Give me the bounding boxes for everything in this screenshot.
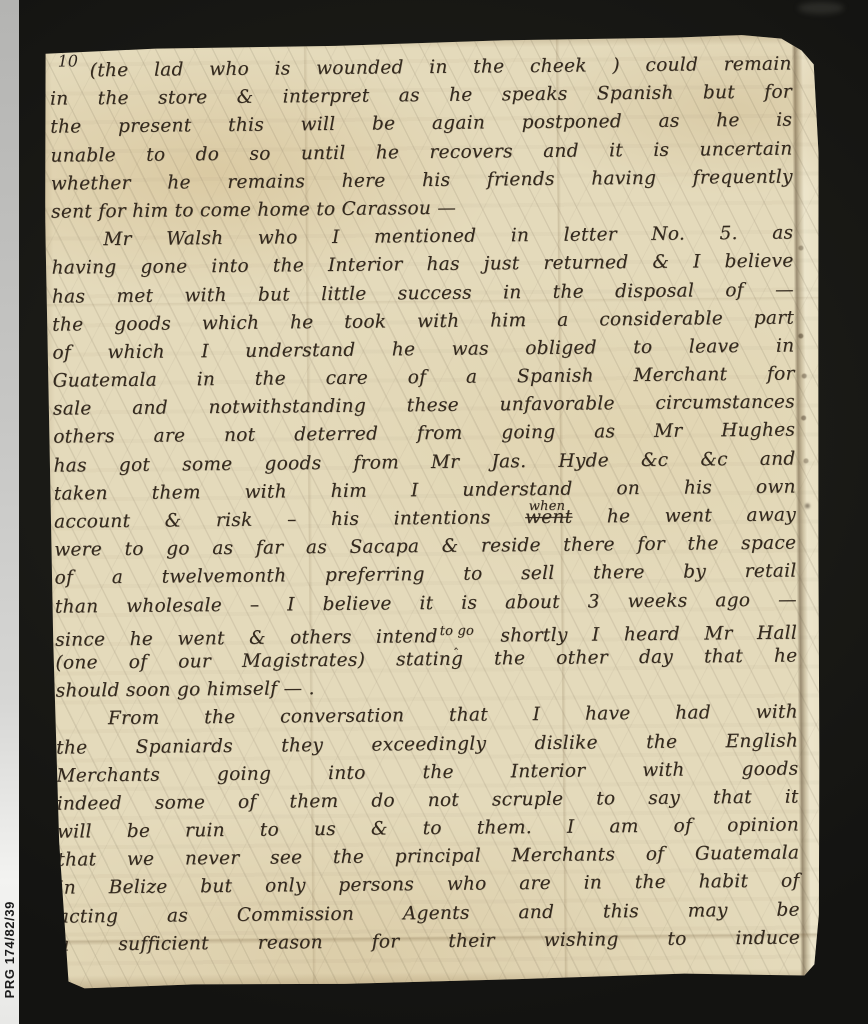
letter-body: (the lad who is wounded in the cheek ) c… (50, 51, 801, 960)
caret-mark: ‸ (454, 629, 459, 657)
archive-reference-number: PRG 174/82/39 (2, 901, 17, 998)
scanned-letter-photograph: PRG 174/82/39 10 (the lad who is wounded… (0, 0, 868, 1024)
archive-reference-strip: PRG 174/82/39 (0, 0, 19, 1024)
caret-insertion: to go‸ (438, 617, 477, 651)
background-smudge (798, 2, 844, 14)
letter-paper-sheet: 10 (the lad who is wounded in the cheek … (35, 34, 834, 990)
inserted-word: when (529, 493, 566, 522)
letter-line: a sufficient reason for their wishing to… (58, 924, 800, 959)
interlinear-insertion: whenwent (525, 504, 573, 533)
line-segment: account & risk – his intentions (54, 507, 525, 533)
stitch-holes (35, 42, 38, 45)
line-segment: he went away (572, 505, 796, 528)
